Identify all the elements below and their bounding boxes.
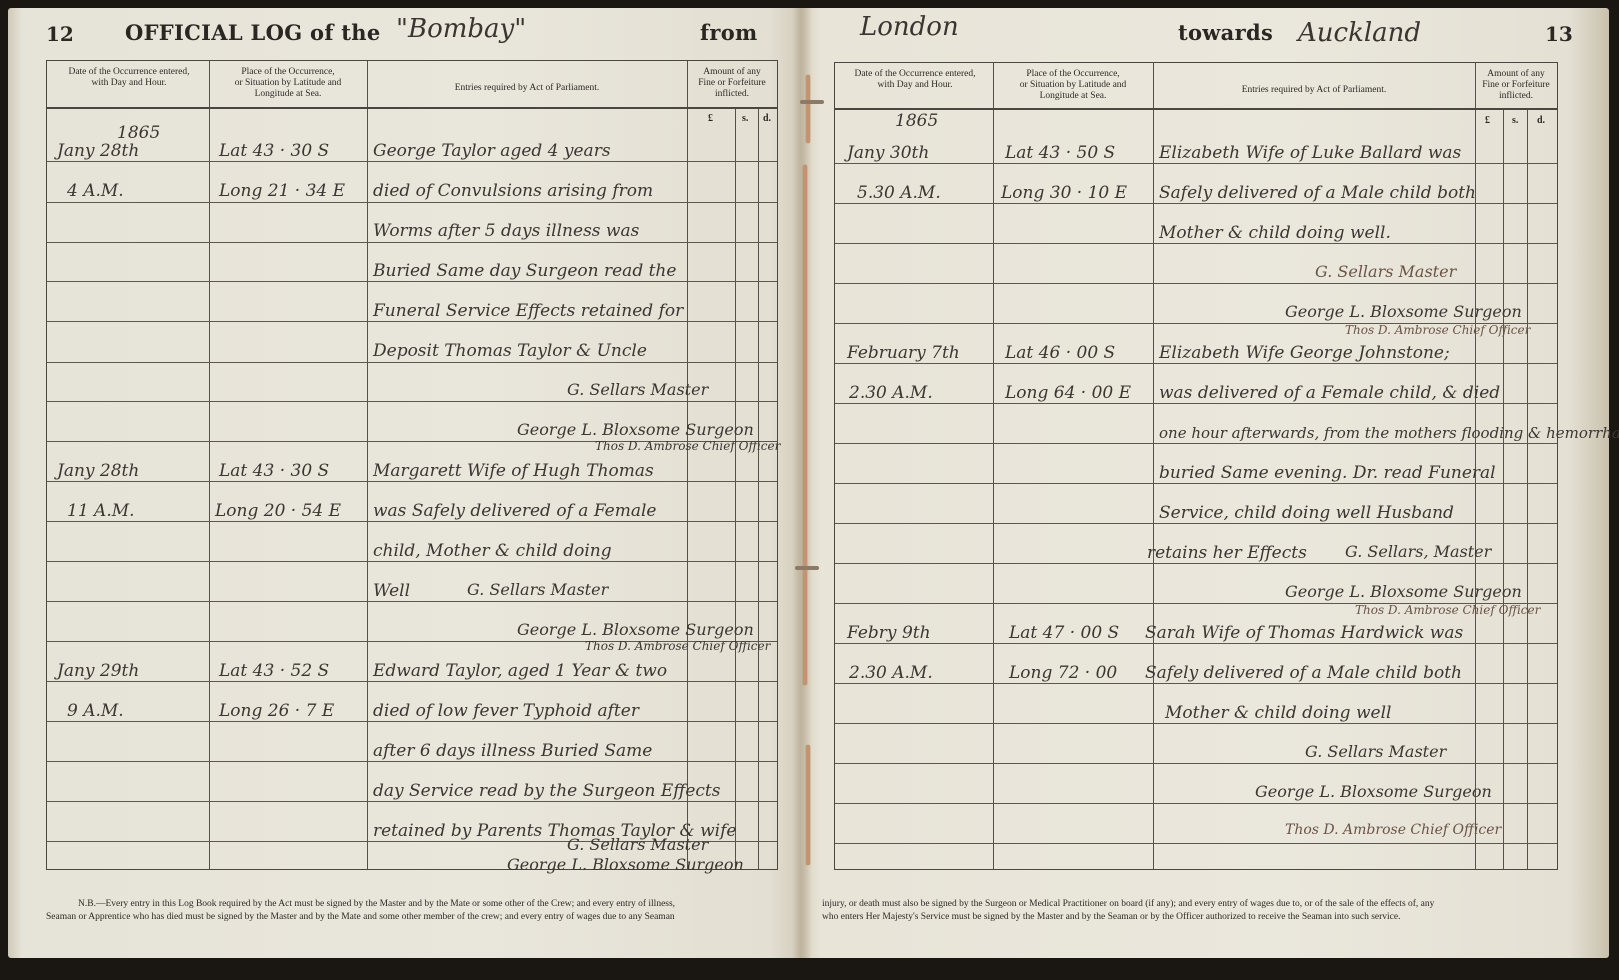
- entry-longitude: Long 30 · 10 E: [1001, 183, 1127, 203]
- header-fine: Amount of anyFine or Forfeitureinflicted…: [688, 67, 776, 100]
- from-port: London: [860, 12, 959, 42]
- entry-date: Jany 30th: [847, 143, 929, 163]
- binding-stitch: [803, 165, 807, 685]
- header-date: Date of the Occurrence entered,with Day …: [839, 69, 991, 91]
- entry-longitude: Long 21 · 34 E: [219, 181, 345, 201]
- entry-text-line: died of low fever Typhoid after: [373, 701, 639, 721]
- entry-text-line: after 6 days illness Buried Same: [373, 741, 652, 761]
- binding-knot: [795, 566, 819, 570]
- entry-text-line: died of Convulsions arising from: [373, 181, 653, 201]
- entry-text-line: Mother & child doing well.: [1159, 223, 1391, 243]
- year: 1865: [895, 111, 938, 131]
- entry-time: 5.30 A.M.: [857, 183, 941, 203]
- entry-text-line: Well: [373, 581, 410, 601]
- header-fine: Amount of anyFine or Forfeitureinflicted…: [1476, 69, 1556, 102]
- signature-chief-officer: Thos D. Ambrose Chief Officer: [1345, 321, 1530, 339]
- entry-text-line: Buried Same day Surgeon read the: [373, 261, 676, 281]
- entry-time: 11 A.M.: [67, 501, 135, 521]
- year: 1865: [117, 123, 160, 143]
- binding-stitch: [806, 745, 810, 865]
- currency-pence: d.: [1537, 115, 1545, 126]
- signature-master: G. Sellars Master: [1315, 263, 1456, 281]
- entry-time: 9 A.M.: [67, 701, 124, 721]
- entry-text-line: Elizabeth Wife of Luke Ballard was: [1159, 143, 1461, 163]
- entry-text-line: Margarett Wife of Hugh Thomas: [373, 461, 654, 481]
- to-port: Auckland: [1298, 18, 1421, 48]
- entry-text-line: Safely delivered of a Male child both: [1159, 183, 1476, 203]
- entry-text-line: Edward Taylor, aged 1 Year & two: [373, 661, 667, 681]
- entry-text-line: Sarah Wife of Thomas Hardwick was: [1145, 623, 1463, 643]
- signature-master: G. Sellars Master: [1305, 743, 1446, 761]
- signature-surgeon: George L. Bloxsome Surgeon: [1285, 303, 1522, 321]
- entry-latitude: Lat 46 · 00 S: [1005, 343, 1115, 363]
- footnote-left-line2: Seaman or Apprentice who has died must b…: [46, 911, 675, 923]
- entry-longitude: Long 20 · 54 E: [215, 501, 341, 521]
- currency-shillings: s.: [742, 113, 748, 124]
- currency-pounds: £: [1485, 115, 1490, 126]
- currency-shillings: s.: [1512, 115, 1518, 126]
- entry-time: 2.30 A.M.: [849, 663, 933, 683]
- entry-text-line: was Safely delivered of a Female: [373, 501, 657, 521]
- signature-chief-officer: Thos D. Ambrose Chief Officer: [1285, 821, 1501, 839]
- entry-text-line: day Service read by the Surgeon Effects: [373, 781, 720, 801]
- binding-knot: [800, 100, 824, 104]
- entry-latitude: Lat 43 · 52 S: [219, 661, 329, 681]
- page-number-left: 12: [46, 22, 74, 46]
- currency-pence: d.: [763, 113, 771, 124]
- entry-text-line: buried Same evening. Dr. read Funeral: [1159, 463, 1496, 483]
- signature-chief-officer: Thos D. Ambrose Chief Officer: [1355, 601, 1540, 619]
- entry-text-line: retains her Effects: [1147, 543, 1307, 563]
- entry-date: Febry 9th: [847, 623, 931, 643]
- signature-chief-officer: Thos D. Ambrose Chief Officer: [595, 437, 780, 455]
- entry-text-line: Safely delivered of a Male child both: [1145, 663, 1462, 683]
- entry-longitude: Long 26 · 7 E: [219, 701, 334, 721]
- signature-chief-officer: Thos D. Ambrose Chief Officer: [585, 637, 770, 655]
- entry-date: Jany 28th: [57, 461, 139, 481]
- signature-master: G. Sellars Master: [567, 381, 708, 399]
- signature-surgeon: George L. Bloxsome Surgeon: [507, 856, 744, 874]
- towards-label: towards: [1178, 20, 1273, 45]
- from-label: from: [700, 20, 758, 45]
- entry-text-line: Funeral Service Effects retained for: [373, 301, 683, 321]
- footnote-right-line1: injury, or death must also be signed by …: [822, 898, 1434, 910]
- entry-latitude: Lat 43 · 30 S: [219, 141, 329, 161]
- header-place: Place of the Occurrence,or Situation by …: [995, 69, 1151, 102]
- entry-longitude: Long 72 · 00: [1009, 663, 1117, 683]
- entry-text-line: Elizabeth Wife George Johnstone;: [1159, 343, 1450, 363]
- signature-master: G. Sellars Master: [567, 836, 708, 854]
- entry-latitude: Lat 43 · 50 S: [1005, 143, 1115, 163]
- log-table-right: Date of the Occurrence entered,with Day …: [834, 62, 1558, 870]
- entry-text-line: Deposit Thomas Taylor & Uncle: [373, 341, 647, 361]
- footnote-left-line1: N.B.—Every entry in this Log Book requir…: [78, 898, 675, 910]
- entry-text-line: Service, child doing well Husband: [1159, 503, 1454, 523]
- header-place: Place of the Occurrence,or Situation by …: [211, 67, 365, 100]
- entry-date: Jany 29th: [57, 661, 139, 681]
- binding-stitch: [806, 75, 810, 143]
- entry-latitude: Lat 47 · 00 S: [1009, 623, 1119, 643]
- signature-surgeon: George L. Bloxsome Surgeon: [1285, 583, 1522, 601]
- header-entries: Entries required by Act of Parliament.: [1155, 85, 1473, 96]
- entry-text-line: George Taylor aged 4 years: [373, 141, 611, 161]
- ship-name: "Bombay": [396, 14, 526, 44]
- signature-master: G. Sellars Master: [467, 581, 608, 599]
- log-title: OFFICIAL LOG of the: [125, 20, 381, 45]
- page-number-right: 13: [1545, 22, 1573, 46]
- log-table-left: Date of the Occurrence entered,with Day …: [46, 60, 778, 870]
- entry-longitude: Long 64 · 00 E: [1005, 383, 1131, 403]
- entry-text-line: Mother & child doing well: [1165, 703, 1391, 723]
- header-date: Date of the Occurrence entered,with Day …: [51, 67, 207, 89]
- currency-pounds: £: [708, 113, 713, 124]
- entry-latitude: Lat 43 · 30 S: [219, 461, 329, 481]
- log-book-spread: 12 OFFICIAL LOG of the "Bombay" from Lon…: [0, 0, 1619, 965]
- entry-text-line: was delivered of a Female child, & died: [1159, 383, 1500, 403]
- entry-date: February 7th: [847, 343, 960, 363]
- signature-master: G. Sellars, Master: [1345, 543, 1491, 561]
- entry-text-line: child, Mother & child doing: [373, 541, 612, 561]
- entry-date: Jany 28th: [57, 141, 139, 161]
- entry-text-line: one hour afterwards, from the mothers fl…: [1159, 423, 1619, 443]
- entry-text-line: Worms after 5 days illness was: [373, 221, 639, 241]
- entry-time: 2.30 A.M.: [849, 383, 933, 403]
- entry-time: 4 A.M.: [67, 181, 124, 201]
- signature-surgeon: George L. Bloxsome Surgeon: [1255, 783, 1492, 801]
- footnote-right-line2: who enters Her Majesty's Service must be…: [822, 911, 1400, 923]
- header-entries: Entries required by Act of Parliament.: [369, 83, 685, 94]
